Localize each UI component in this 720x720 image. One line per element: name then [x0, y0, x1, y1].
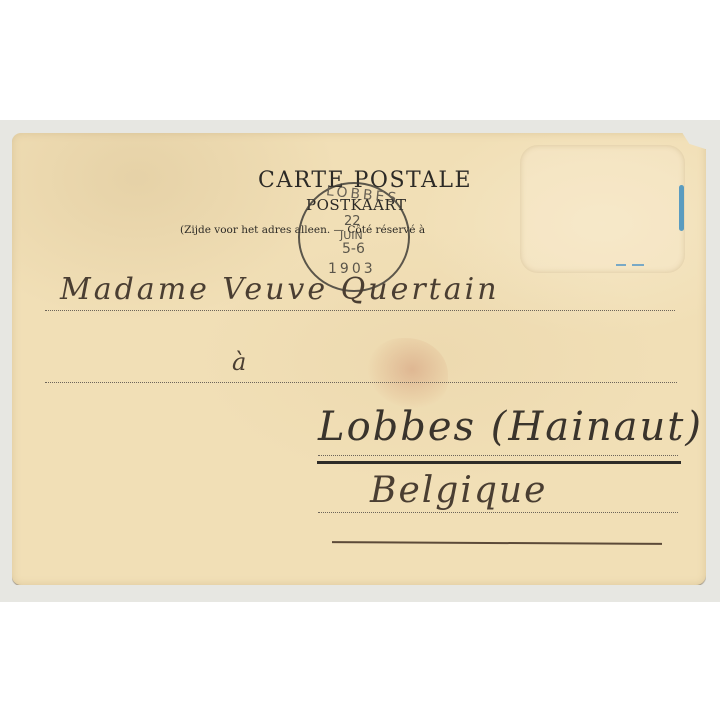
stamp-area-empty: [520, 145, 685, 273]
address-preposition: à: [232, 348, 246, 376]
recipient-city: Lobbes (Hainaut): [318, 404, 703, 450]
address-line-1: [45, 310, 675, 311]
address-line-3: [318, 455, 678, 456]
blue-cancellation-mark: [679, 185, 684, 231]
blue-cancellation-dash: [616, 264, 626, 266]
address-underline-bold: [317, 461, 681, 464]
address-line-2: [45, 382, 677, 383]
postmark-day: 22: [344, 214, 361, 229]
recipient-country: Belgique: [370, 470, 547, 511]
blue-cancellation-dash: [632, 264, 644, 266]
postmark-time: 5-6: [342, 241, 365, 257]
address-line-4: [318, 512, 678, 513]
recipient-name: Madame Veuve Quertain: [60, 272, 500, 307]
